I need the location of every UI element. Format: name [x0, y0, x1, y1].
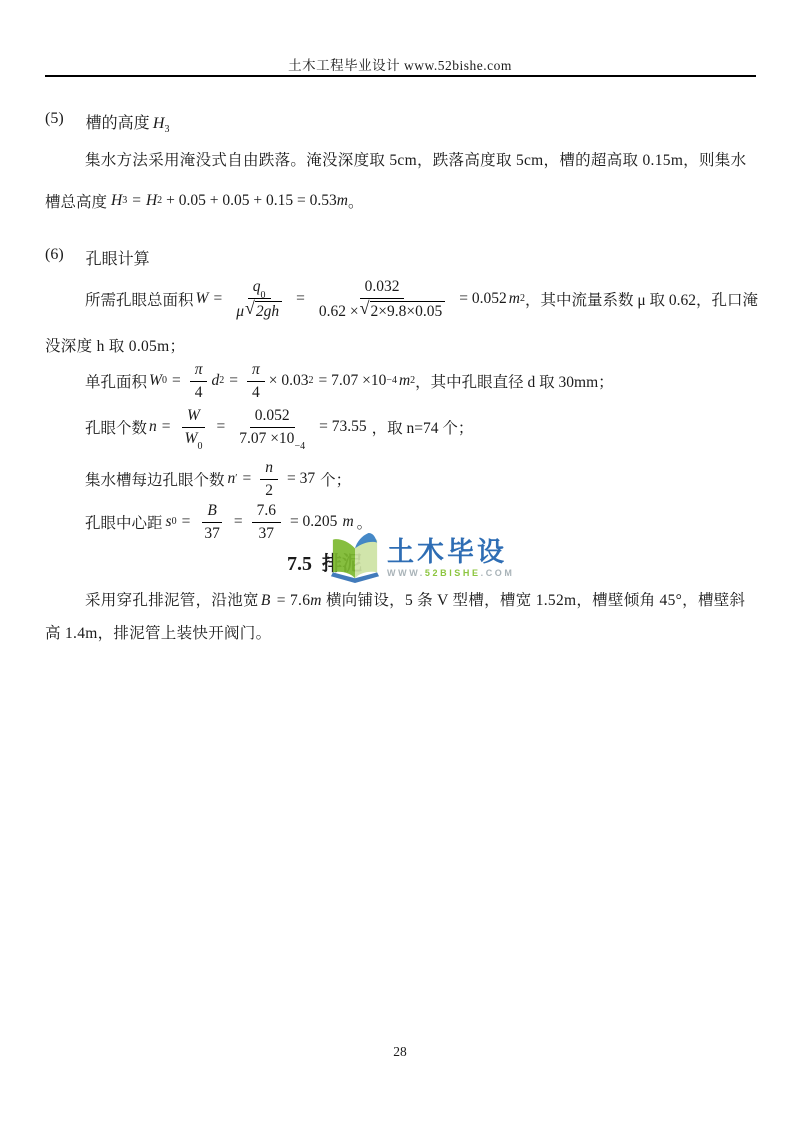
- formula-total-hole-area: 所需孔眼总面积 W = q0 μ√2gh = 0.032 0.62 ×√2×9.…: [85, 270, 758, 328]
- section-6-heading: (6) 孔眼计算: [45, 246, 150, 269]
- section-5-paragraph-line1: 集水方法采用淹没式自由跌落。淹没深度取 5cm，跌落高度取 5cm，槽的超高取 …: [85, 148, 746, 170]
- section-5-heading: (5) 槽的高度 H3: [45, 110, 169, 133]
- section-6-label: (6): [45, 246, 64, 269]
- fraction-pi-over-4: π 4: [190, 361, 208, 402]
- formula-single-hole-area: 单孔面积 W0 = π 4 d2 = π 4 × 0.032 = 7.07 ×1…: [85, 358, 614, 404]
- fraction-numeric: 7.6 37: [252, 502, 281, 543]
- fraction-n-over-2: n 2: [260, 459, 278, 500]
- section-5-title: 槽的高度 H3: [86, 110, 170, 133]
- radical: √2×9.8×0.05: [360, 301, 446, 321]
- section-6-title: 孔眼计算: [86, 246, 150, 269]
- section-5-paragraph-line2: 槽总高度 H3 = H2 + 0.05 + 0.05 + 0.15 = 0.53…: [45, 190, 363, 212]
- page-number: 28: [0, 1044, 800, 1060]
- logo-site-url: WWW.52BISHE.COM: [387, 568, 515, 578]
- section-7-5-paragraph-line1: 采用穿孔排泥管，沿池宽B = 7.6m 横向铺设，5 条 V 型槽，槽宽 1.5…: [85, 588, 745, 610]
- formula-continuation-line: 没深度 h 取 0.05m；: [45, 334, 185, 356]
- fraction-numeric: 0.032 0.62 ×√2×9.8×0.05: [314, 278, 450, 321]
- header-rule: [45, 75, 756, 77]
- fraction-pi-over-4: π 4: [247, 361, 265, 402]
- page-header-title: 土木工程毕业设计 www.52bishe.com: [0, 54, 800, 74]
- site-logo-watermark: 土木毕设 WWW.52BISHE.COM: [330, 531, 515, 585]
- fraction-numeric: 0.052 7.07 ×10−4: [234, 407, 310, 448]
- formula-holes-per-side: 集水槽每边孔眼个数 n′ = n 2 = 37 个；: [85, 455, 351, 503]
- section-7-5-paragraph-line2: 高 1.4m，排泥管上装快开阀门。: [45, 621, 271, 643]
- formula-hole-count: 孔眼个数 n = W W0 = 0.052 7.07 ×10−4 = 73.55…: [85, 402, 473, 452]
- fraction-B-over-37: B 37: [199, 502, 225, 543]
- logo-site-name: 土木毕设: [387, 538, 515, 566]
- fraction-q0-over-mu-sqrt: q0 μ√2gh: [231, 278, 287, 321]
- open-book-logo-icon: [330, 531, 380, 585]
- section-5-label: (5): [45, 110, 64, 133]
- radical: √2gh: [245, 301, 282, 321]
- fraction-W-over-W0: W W0: [180, 407, 208, 448]
